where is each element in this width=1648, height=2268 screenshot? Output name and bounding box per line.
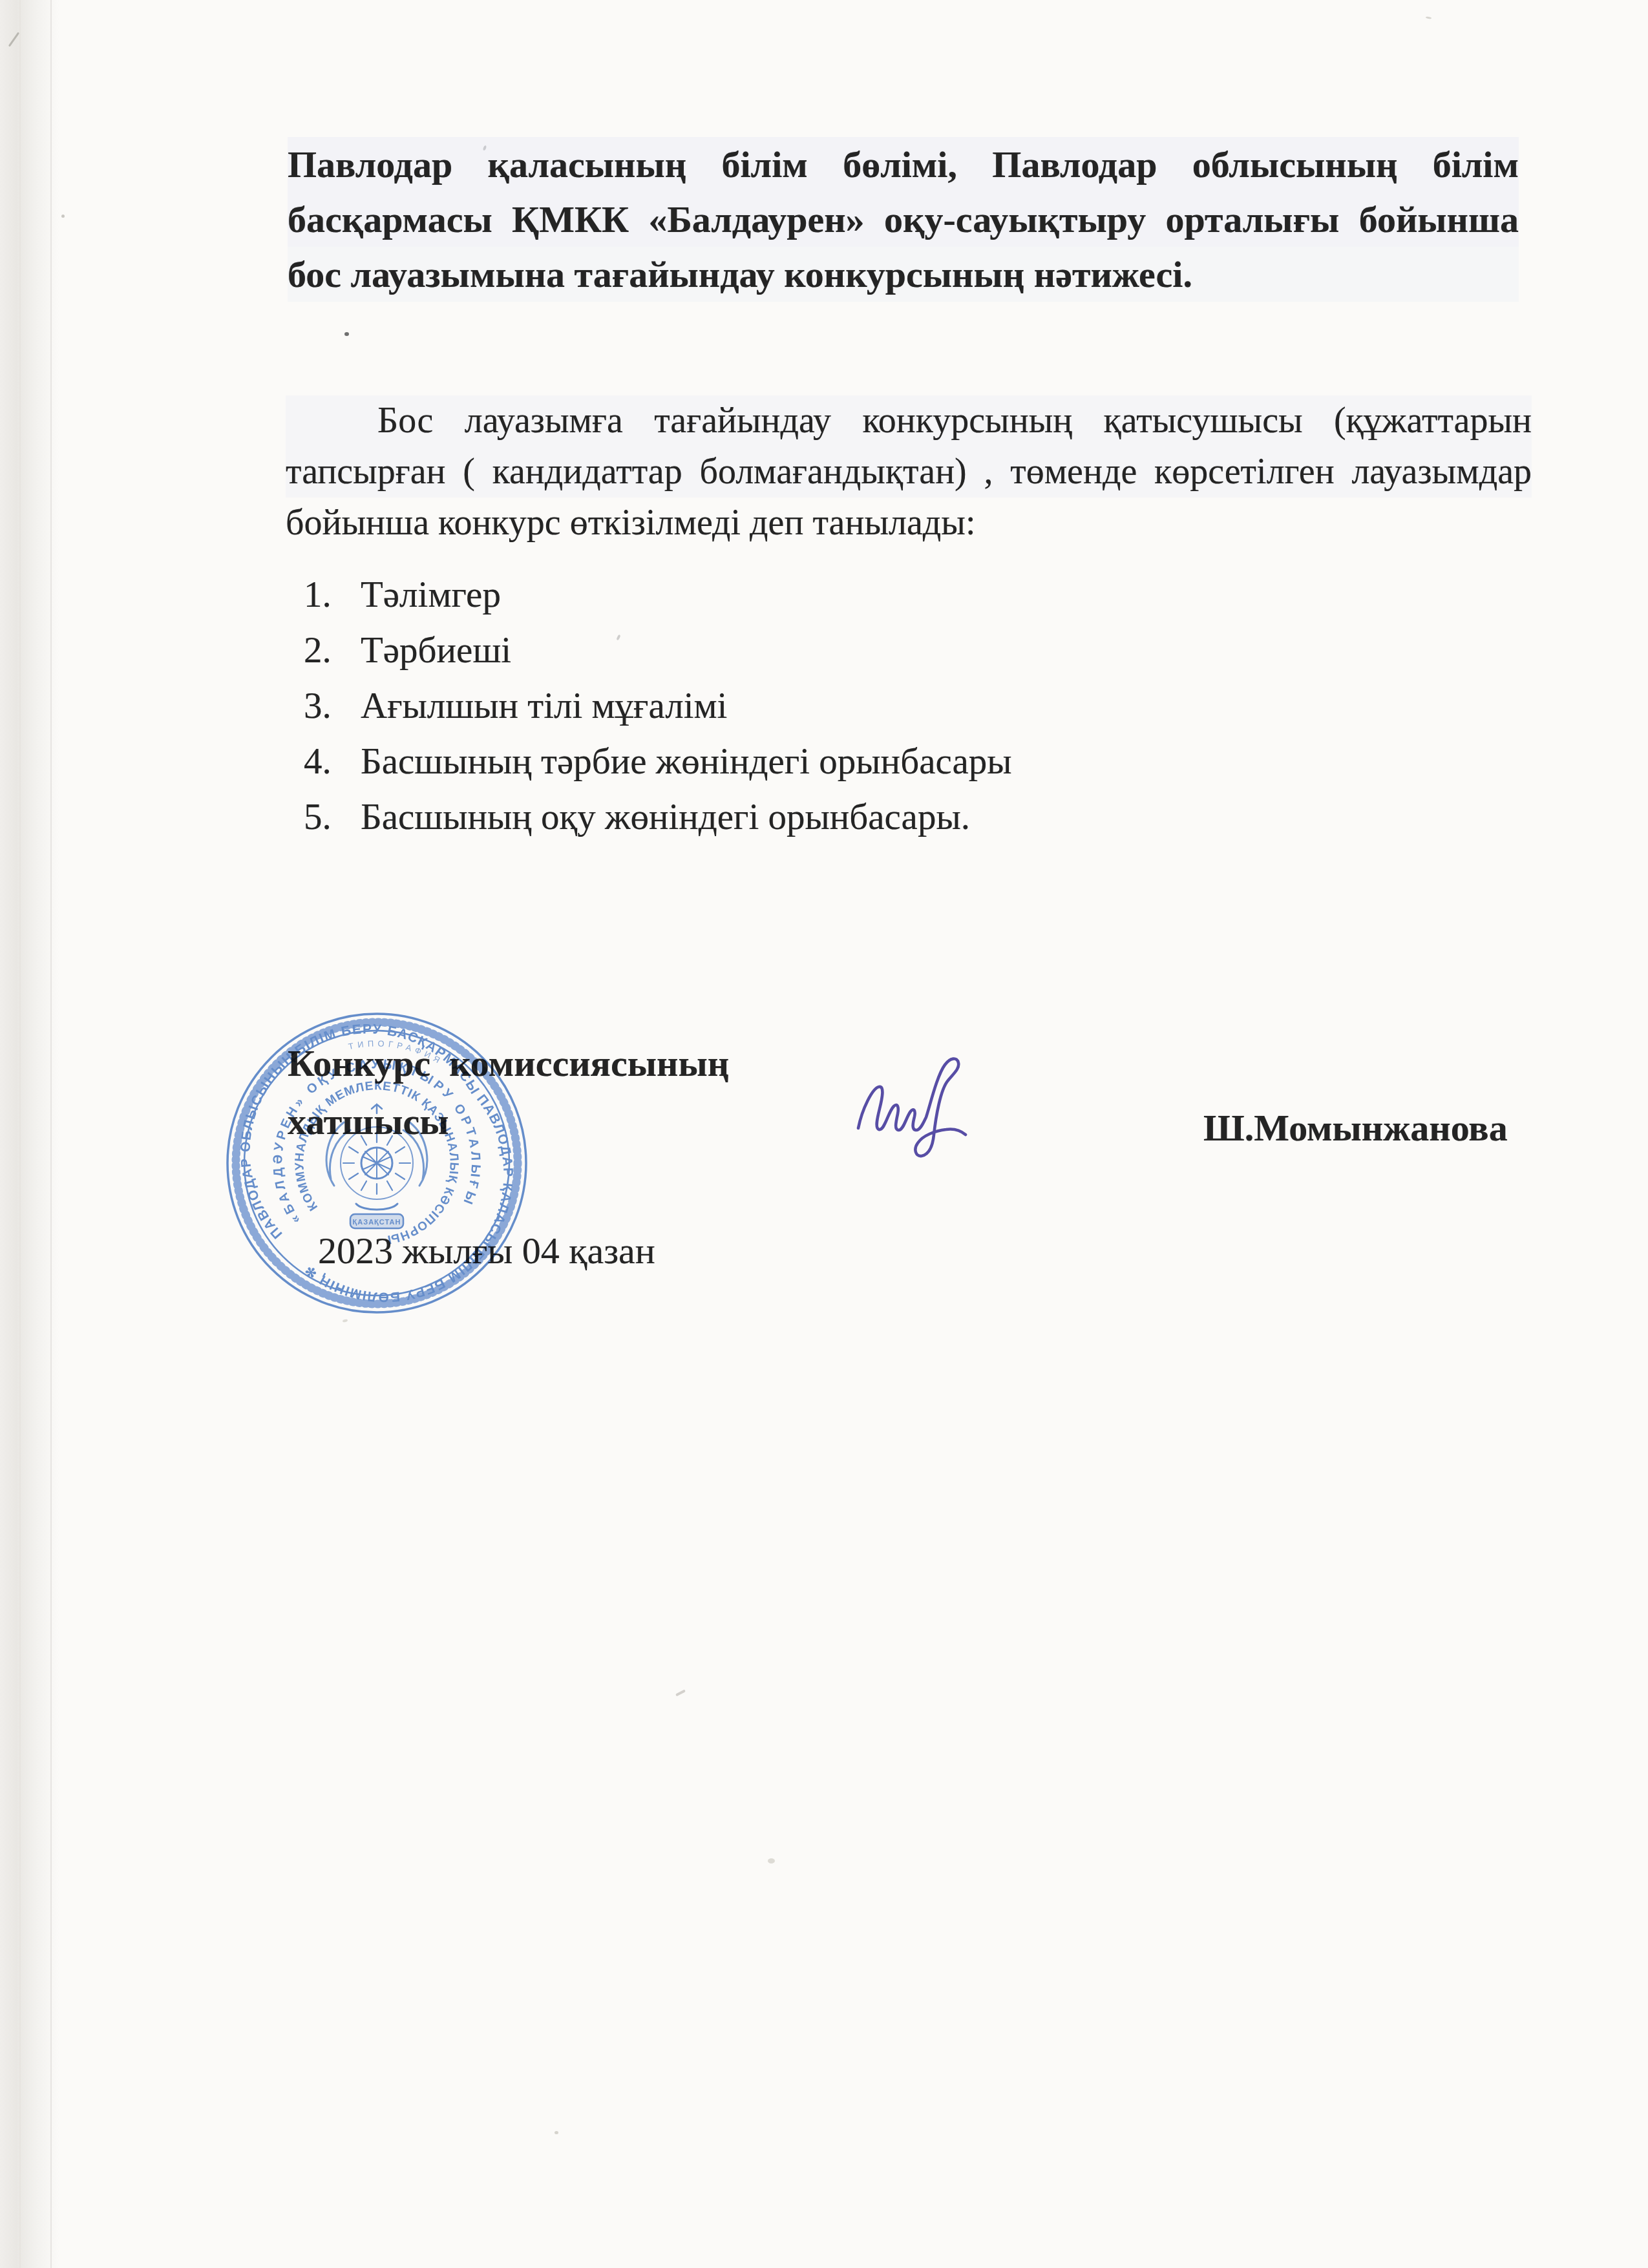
scan-speck — [555, 2131, 558, 2134]
list-item-label: Басшының тәрбие жөніндегі орынбасары — [361, 734, 1012, 790]
body-line-1: Бос лауазымға тағайындау конкурсының қат… — [286, 395, 1532, 446]
title-line-3: бос лауазымына тағайындау конкурсының нә… — [288, 247, 1519, 302]
scan-speck — [675, 1689, 686, 1696]
list-item: 4. Басшының тәрбие жөніндегі орынбасары — [304, 734, 1402, 790]
list-item-number: 1. — [304, 567, 361, 623]
vacancy-list: 1. Тәлімгер 2. Тәрбиеші 3. Ағылшын тілі … — [304, 567, 1402, 845]
kazakhstan-emblem — [326, 1104, 427, 1228]
list-item-number: 3. — [304, 678, 361, 734]
list-item-label: Тәлімгер — [361, 567, 501, 623]
list-item-number: 4. — [304, 734, 361, 790]
scan-speck — [344, 332, 349, 336]
scan-edge-line — [50, 0, 52, 2268]
handwritten-signature — [853, 1049, 982, 1159]
list-item-number: 5. — [304, 790, 361, 845]
list-item-number: 2. — [304, 623, 361, 678]
official-stamp: ПАВЛОДАР ОБЛЫСЫНЫҢ БІЛІМ БЕРУ БАСҚАРМАСЫ… — [224, 1010, 530, 1316]
list-item: 1. Тәлімгер — [304, 567, 1402, 623]
list-item: 2. Тәрбиеші — [304, 623, 1402, 678]
list-item: 3. Ағылшын тілі мұғалімі — [304, 678, 1402, 734]
title-line-2: басқармасы ҚМКК «Балдаурен» оқу-сауықтыр… — [288, 192, 1519, 247]
title-line-1: Павлодар қаласының білім бөлімі, Павлода… — [288, 137, 1519, 192]
list-item: 5. Басшының оқу жөніндегі орынбасары. — [304, 790, 1402, 845]
list-item-label: Басшының оқу жөніндегі орынбасары. — [361, 790, 970, 845]
document-title: Павлодар қаласының білім бөлімі, Павлода… — [288, 137, 1519, 302]
scan-speck — [61, 215, 65, 218]
scan-speck — [1426, 16, 1431, 19]
signature-name: Ш.Момынжанова — [1203, 1106, 1508, 1150]
list-item-label: Тәрбиеші — [361, 623, 511, 678]
list-item-label: Ағылшын тілі мұғалімі — [361, 678, 727, 734]
scan-speck — [343, 1319, 348, 1323]
scan-edge-line-faint — [19, 0, 21, 2268]
stamp-emblem-banner-text: ҚАЗАҚСТАН — [353, 1219, 401, 1226]
body-paragraph: Бос лауазымға тағайындау конкурсының қат… — [286, 395, 1532, 549]
scan-speck — [768, 1858, 775, 1864]
body-line-2: тапсырған ( кандидаттар болмағандықтан) … — [286, 446, 1532, 498]
body-line-3: бойынша конкурс өткізілмеді деп танылады… — [286, 498, 1532, 549]
